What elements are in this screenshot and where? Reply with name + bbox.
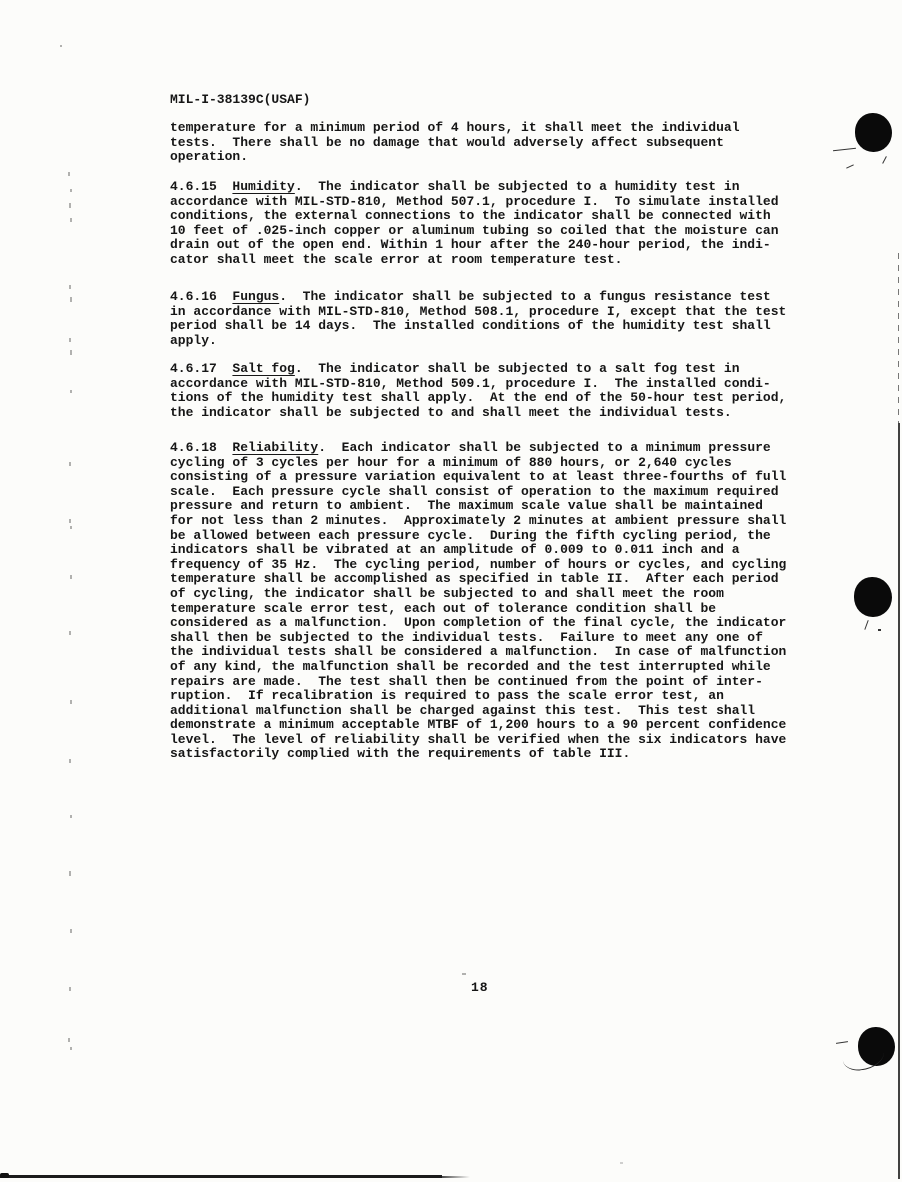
paragraph-continuation: temperature for a minimum period of 4 ho… <box>170 121 740 165</box>
text-line: in accordance with MIL-STD-810, Method 5… <box>170 305 786 320</box>
paragraph-4-6-16: 4.6.16 Fungus. The indicator shall be su… <box>170 290 786 348</box>
margin-scan-speck <box>68 172 70 176</box>
margin-scan-speck <box>69 987 71 991</box>
text-line: 10 feet of .025-inch copper or aluminum … <box>170 224 779 239</box>
text-line: for not less than 2 minutes. Approximate… <box>170 514 786 529</box>
paragraph-first-line-rest: . The indicator shall be subjected to a … <box>279 289 770 304</box>
margin-scan-speck <box>70 297 72 302</box>
punch-hole-mark-middle <box>854 577 892 617</box>
scratch-mark <box>878 629 881 631</box>
bottom-edge-scan-bar-fade <box>442 1176 470 1178</box>
text-line: tions of the humidity test shall apply. … <box>170 391 786 406</box>
text-line: 4.6.18 Reliability. Each indicator shall… <box>170 441 786 456</box>
paragraph-first-line-rest: . Each indicator shall be subjected to a… <box>318 440 770 455</box>
text-line: repairs are made. The test shall then be… <box>170 675 786 690</box>
paragraph-title: Fungus <box>232 289 279 304</box>
margin-scan-speck <box>70 815 72 818</box>
margin-scan-speck <box>70 929 72 933</box>
margin-scan-speck <box>70 1047 72 1050</box>
text-line: operation. <box>170 150 740 165</box>
scratch-mark <box>833 148 856 152</box>
margin-scan-speck <box>69 871 71 876</box>
text-line: shall then be subjected to the individua… <box>170 631 786 646</box>
text-line: temperature shall be accomplished as spe… <box>170 572 786 587</box>
text-line: frequency of 35 Hz. The cycling period, … <box>170 558 786 573</box>
text-line: additional malfunction shall be charged … <box>170 704 786 719</box>
scratch-hook-mark <box>842 1051 886 1072</box>
page-number: 18 <box>471 980 489 995</box>
text-line: satisfactorily complied with the require… <box>170 747 786 762</box>
text-line: cator shall meet the scale error at room… <box>170 253 779 268</box>
margin-scan-speck <box>69 203 71 208</box>
margin-scan-speck <box>70 700 72 704</box>
text-line: demonstrate a minimum acceptable MTBF of… <box>170 718 786 733</box>
margin-scan-speck <box>68 1038 70 1042</box>
paragraph-number: 4.6.16 <box>170 289 232 304</box>
text-line: tests. There shall be no damage that wou… <box>170 136 740 151</box>
paragraph-4-6-17: 4.6.17 Salt fog. The indicator shall be … <box>170 362 786 420</box>
scratch-mark <box>882 156 887 164</box>
margin-scan-speck <box>69 519 71 523</box>
margin-scan-speck <box>70 575 72 579</box>
scratch-mark <box>846 164 854 168</box>
text-line: temperature scale error test, each out o… <box>170 602 786 617</box>
paragraph-number: 4.6.17 <box>170 361 232 376</box>
text-line: indicators shall be vibrated at an ampli… <box>170 543 786 558</box>
scanned-document-page: MIL-I-38139C(USAF) temperature for a min… <box>0 0 902 1182</box>
bottom-edge-scan-blob <box>0 1173 9 1178</box>
text-line: pressure and return to ambient. The maxi… <box>170 499 786 514</box>
text-line: scale. Each pressure cycle shall consist… <box>170 485 786 500</box>
text-line: 4.6.17 Salt fog. The indicator shall be … <box>170 362 786 377</box>
right-edge-scan-line <box>898 423 900 1179</box>
margin-scan-speck <box>70 526 72 529</box>
margin-scan-speck <box>70 218 72 222</box>
paragraph-first-line-rest: . The indicator shall be subjected to a … <box>295 179 740 194</box>
scratch-mark <box>836 1041 848 1044</box>
text-line: 4.6.16 Fungus. The indicator shall be su… <box>170 290 786 305</box>
paragraph-title: Reliability <box>232 440 318 455</box>
paragraph-4-6-15: 4.6.15 Humidity. The indicator shall be … <box>170 180 779 268</box>
text-line: be allowed between each pressure cycle. … <box>170 529 786 544</box>
text-line: drain out of the open end. Within 1 hour… <box>170 238 779 253</box>
text-line: considered as a malfunction. Upon comple… <box>170 616 786 631</box>
paragraph-number: 4.6.18 <box>170 440 232 455</box>
right-edge-scan-line <box>898 253 899 423</box>
margin-scan-speck <box>69 285 71 289</box>
paragraph-number: 4.6.15 <box>170 179 232 194</box>
text-line: consisting of a pressure variation equiv… <box>170 470 786 485</box>
paragraph-title: Salt fog <box>232 361 294 376</box>
paragraph-4-6-18: 4.6.18 Reliability. Each indicator shall… <box>170 441 786 762</box>
scan-speck <box>462 973 466 975</box>
scan-speck <box>620 1162 623 1164</box>
margin-scan-speck <box>69 631 71 635</box>
text-line: level. The level of reliability shall be… <box>170 733 786 748</box>
text-line: of any kind, the malfunction shall be re… <box>170 660 786 675</box>
scan-speck <box>60 45 62 47</box>
text-line: cycling of 3 cycles per hour for a minim… <box>170 456 786 471</box>
text-line: conditions, the external connections to … <box>170 209 779 224</box>
text-line: accordance with MIL-STD-810, Method 509.… <box>170 377 786 392</box>
scratch-mark <box>864 620 869 630</box>
margin-scan-speck <box>70 350 72 355</box>
text-line: the indicator shall be subjected to and … <box>170 406 786 421</box>
text-line: accordance with MIL-STD-810, Method 507.… <box>170 195 779 210</box>
margin-scan-speck <box>69 338 71 342</box>
margin-scan-speck <box>70 390 72 393</box>
text-line: ruption. If recalibration is required to… <box>170 689 786 704</box>
text-line: the individual tests shall be considered… <box>170 645 786 660</box>
bottom-edge-scan-bar <box>0 1175 442 1178</box>
text-line: of cycling, the indicator shall be subje… <box>170 587 786 602</box>
document-id: MIL-I-38139C(USAF) <box>170 92 310 107</box>
paragraph-title: Humidity <box>232 179 294 194</box>
text-line: apply. <box>170 334 786 349</box>
text-line: temperature for a minimum period of 4 ho… <box>170 121 740 136</box>
text-line: 4.6.15 Humidity. The indicator shall be … <box>170 180 779 195</box>
margin-scan-speck <box>70 189 72 192</box>
margin-scan-speck <box>69 759 71 763</box>
punch-hole-mark-top <box>855 113 892 152</box>
margin-scan-speck <box>69 462 71 466</box>
paragraph-first-line-rest: . The indicator shall be subjected to a … <box>295 361 740 376</box>
text-line: period shall be 14 days. The installed c… <box>170 319 786 334</box>
